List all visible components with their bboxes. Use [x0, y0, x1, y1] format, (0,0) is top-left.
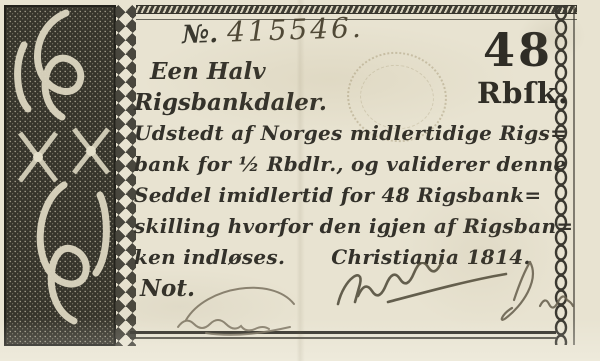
handwritten-signature-left-icon	[172, 280, 322, 338]
body-text: Udstedt af Norges midlertidige Rigs= ban…	[134, 121, 556, 276]
body-line: Udstedt af Norges midlertidige Rigs=	[134, 121, 556, 152]
serial-prefix: №.	[182, 19, 219, 49]
denomination-value-block: 48 Rbſk.	[477, 27, 559, 110]
denomination-line1: Een Halv	[150, 56, 327, 87]
body-line: bank for ½ Rbdlr., og validerer denne	[134, 152, 556, 183]
closing-text: ken indløses.	[134, 245, 285, 276]
denomination-words: Een Halv Rigsbankdaler.	[134, 56, 327, 118]
diamond-chain-border-icon	[115, 5, 136, 346]
banknote-scan: №. 415546. Een Halv Rigsbankdaler. 48 Rb…	[0, 0, 600, 361]
denomination-line2: Rigsbankdaler.	[134, 87, 327, 118]
handwritten-signature-right-icon	[478, 258, 583, 326]
engraved-ornament-panel-icon	[4, 5, 116, 346]
denomination-unit: Rbſk.	[477, 76, 559, 110]
denomination-number: 48	[477, 27, 559, 73]
serial-number-row: №. 415546.	[181, 11, 364, 50]
body-line: skilling hvorfor den igjen af Rigsban=	[134, 214, 556, 245]
body-line: Seddel imidlertid for 48 Rigsbank=	[134, 183, 556, 214]
serial-number: 415546.	[226, 11, 364, 49]
